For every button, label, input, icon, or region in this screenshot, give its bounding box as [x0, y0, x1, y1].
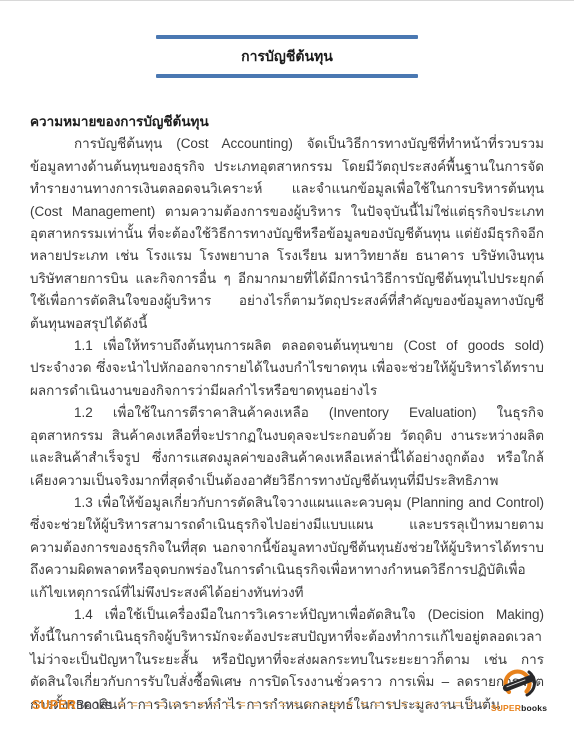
header-rule-bottom — [156, 74, 418, 78]
page-title: การบัญชีต้นทุน — [156, 39, 418, 74]
publisher-logo-prefix: SUPER — [491, 703, 521, 713]
footer-brand-left: SUPERBooks — [32, 698, 112, 713]
publisher-logo-suffix: books — [521, 703, 547, 713]
footer-dashed-separator: = = = = = = = = = = = = = = = = = = = = … — [118, 698, 484, 713]
document-footer: SUPERBooks = = = = = = = = = = = = = = =… — [32, 665, 548, 713]
paragraph-item-1-3: 1.3 เพื่อให้ข้อมูลเกี่ยวกับการตัดสินใจวา… — [30, 492, 544, 604]
document-header: การบัญชีต้นทุน — [156, 35, 418, 78]
swoosh-logo-icon — [500, 665, 538, 701]
footer-brand-left-prefix: SUPER — [32, 698, 76, 712]
publisher-logo-text: SUPERbooks — [491, 703, 547, 713]
paragraph-item-1-1: 1.1 เพื่อให้ทราบถึงต้นทุนการผลิต ตลอดจนต… — [30, 335, 544, 402]
section-heading: ความหมายของการบัญชีต้นทุน — [30, 111, 544, 133]
document-body: ความหมายของการบัญชีต้นทุน การบัญชีต้นทุน… — [30, 111, 544, 716]
paragraph-item-1-2: 1.2 เพื่อใช้ในการตีราคาสินค้าคงเหลือ (In… — [30, 402, 544, 492]
footer-brand-left-suffix: Books — [76, 698, 112, 712]
publisher-logo: SUPERbooks — [490, 665, 548, 713]
document-page: การบัญชีต้นทุน ความหมายของการบัญชีต้นทุน… — [0, 0, 574, 735]
paragraph-intro: การบัญชีต้นทุน (Cost Accounting) จัดเป็น… — [30, 133, 544, 335]
